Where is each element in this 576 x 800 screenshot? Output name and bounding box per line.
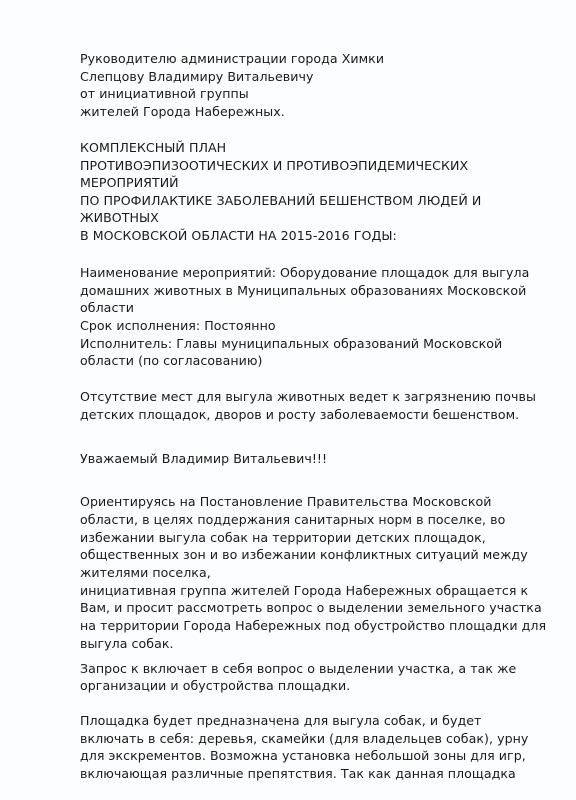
addressee-line: Руководителю администрации города Химки: [80, 50, 384, 68]
title-line: КОМПЛЕКСНЫЙ ПЛАН: [80, 139, 226, 157]
body-line: Вам, и просит рассмотреть вопрос о выдел…: [80, 599, 542, 617]
title-line: ПРОТИВОЭПИЗООТИЧЕСКИХ И ПРОТИВОЭПИДЕМИЧЕ…: [80, 157, 468, 175]
title-line: ЖИВОТНЫХ: [80, 209, 159, 227]
body-line: жителями поселка,: [80, 564, 211, 582]
body-line: общественных зон и во избежании конфликт…: [80, 546, 528, 564]
observation-line: Отсутствие мест для выгула животных веде…: [80, 388, 536, 406]
details-line: Исполнитель: Главы муниципальных образов…: [80, 335, 502, 353]
features-line: включающая различные препятствия. Так ка…: [80, 765, 516, 783]
letter-page: Руководителю администрации города Химки …: [0, 0, 576, 800]
title-line: В МОСКОВСКОЙ ОБЛАСТИ НА 2015-2016 ГОДЫ:: [80, 227, 397, 245]
request-line: организации и обустройства площадки.: [80, 677, 350, 695]
details-line: области: [80, 299, 134, 317]
body-line: избежании выгула собак на территории дет…: [80, 529, 486, 547]
details-line: Наименование мероприятий: Оборудование п…: [80, 264, 529, 282]
body-line: выгула собак.: [80, 635, 174, 653]
features-line: Площадка будет предназначена для выгула …: [80, 712, 481, 730]
features-line: включать в себя: деревья, скамейки (для …: [80, 730, 528, 748]
title-line: ПО ПРОФИЛАКТИКЕ ЗАБОЛЕВАНИЙ БЕШЕНСТВОМ Л…: [80, 192, 481, 210]
details-line: Срок исполнения: Постоянно: [80, 317, 276, 335]
addressee-line: Слепцову Владимиру Витальевичу: [80, 68, 314, 86]
addressee-line: жителей Города Набережных.: [80, 103, 285, 121]
details-line: области (по согласованию): [80, 352, 263, 370]
body-line: области, в целях поддержания санитарных …: [80, 511, 505, 529]
body-line: инициативная группа жителей Города Набер…: [80, 582, 528, 600]
greeting: Уважаемый Владимир Витальевич!!!: [80, 450, 327, 468]
details-line: домашних животных в Муниципальных образо…: [80, 282, 526, 300]
body-line: на территории Города Набережных под обус…: [80, 617, 546, 635]
body-line: Ориентируясь на Постановление Правительс…: [80, 493, 492, 511]
title-line: МЕРОПРИЯТИЙ: [80, 174, 179, 192]
features-line: для экскрементов. Возможна установка неб…: [80, 747, 526, 765]
request-line: Запрос к включает в себя вопрос о выделе…: [80, 660, 516, 678]
addressee-line: от инициативной группы: [80, 85, 249, 103]
observation-line: детских площадок, дворов и росту заболев…: [80, 406, 519, 424]
